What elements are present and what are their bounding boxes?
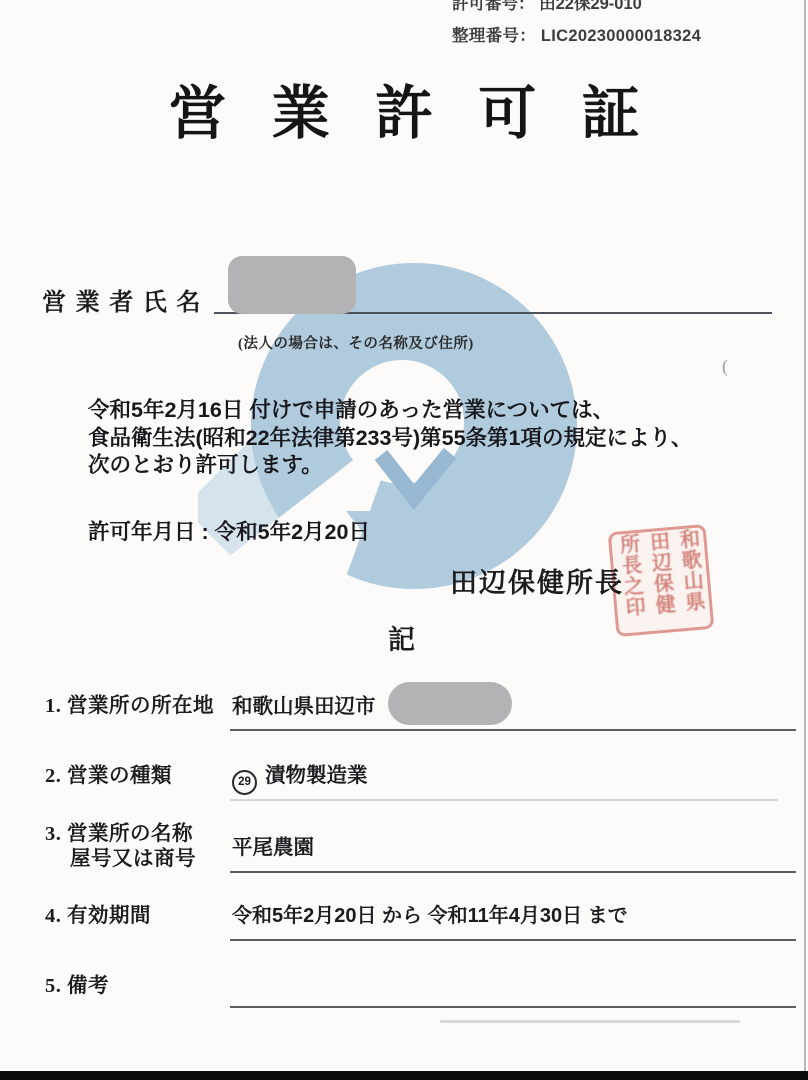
scan-edge-line [804,0,806,1071]
item4-label-text: 有効期間 [67,905,151,927]
item3-label-line2: 屋号又は商号 [70,841,196,871]
scan-smudge [440,1020,740,1023]
item1-number: 1. [45,695,61,717]
item3-number: 3. [45,823,61,845]
redaction-blob-name [228,256,356,314]
permit-number-label: 許可番号： [452,0,535,13]
item5-underline [230,1006,796,1008]
item4-value: 令和5年2月20日 から 令和11年4月30日 まで [232,899,628,928]
grant-statement-line1: 令和5年2月16日 付けで申請のあった営業については、 [88,397,760,425]
item2-value-text: 漬物製造業 [265,764,368,787]
reference-number-label: 整理番号： [452,27,536,45]
item4-label: 4. 有効期間 [45,898,151,928]
record-mark: 記 [388,618,415,657]
grant-statement: 令和5年2月16日 付けで申請のあった営業については、 食品衛生法(昭和22年法… [88,397,760,480]
item3-underline [230,871,796,873]
item4-number: 4. [45,905,61,927]
item1-underline [230,729,796,731]
item2-number: 2. [45,765,61,787]
circled-category-number: 29 [232,770,257,795]
permit-date-line: 許可年月日 : 令和5年2月20日 [88,515,370,546]
reference-number-value: LIC20230000018324 [541,27,701,45]
item2-label: 2. 営業の種類 [45,758,172,788]
operator-name-note: (法人の場合は、その名称及び住所) [238,332,474,353]
permit-date-value: 令和5年2月20日 [215,520,370,544]
license-document: 許可番号： 田22保29-010 整理番号： LIC20230000018324… [0,0,808,1080]
item4-underline [230,939,796,941]
item2-label-text: 営業の種類 [67,765,172,787]
item1-label: 1. 営業所の所在地 [45,688,214,718]
permit-date-label: 許可年月日 : [88,520,215,544]
item5-label-text: 備考 [67,975,109,997]
operator-name-label: 営業者氏名 [42,282,210,317]
permit-number-value: 田22保29-010 [539,0,642,13]
item5-number: 5. [45,975,61,997]
grant-statement-line3: 次のとおり許可します。 [88,452,760,480]
grant-statement-line2: 食品衛生法(昭和22年法律第233号)第55条第1項の規定により、 [88,425,760,453]
item3-value: 平尾農園 [232,830,314,860]
item2-underline [230,799,778,801]
scan-artifact-paren: ( [722,356,728,377]
reference-number-line: 整理番号： LIC20230000018324 [452,22,782,46]
item2-value: 29漬物製造業 [232,758,368,795]
item1-label-text: 営業所の所在地 [67,695,214,717]
document-title: 営業許可証 [0,66,808,150]
item1-value: 和歌山県田辺市 [232,689,376,719]
permit-number-line: 許可番号： 田22保29-010 [452,0,782,14]
redaction-blob-address [388,682,512,725]
bottom-black-bar [0,1071,808,1080]
item5-label: 5. 備考 [45,968,109,998]
official-seal-text: 和歌山県田辺保健所長之印 [612,527,710,633]
issuer-name: 田辺保健所長 [450,561,624,600]
